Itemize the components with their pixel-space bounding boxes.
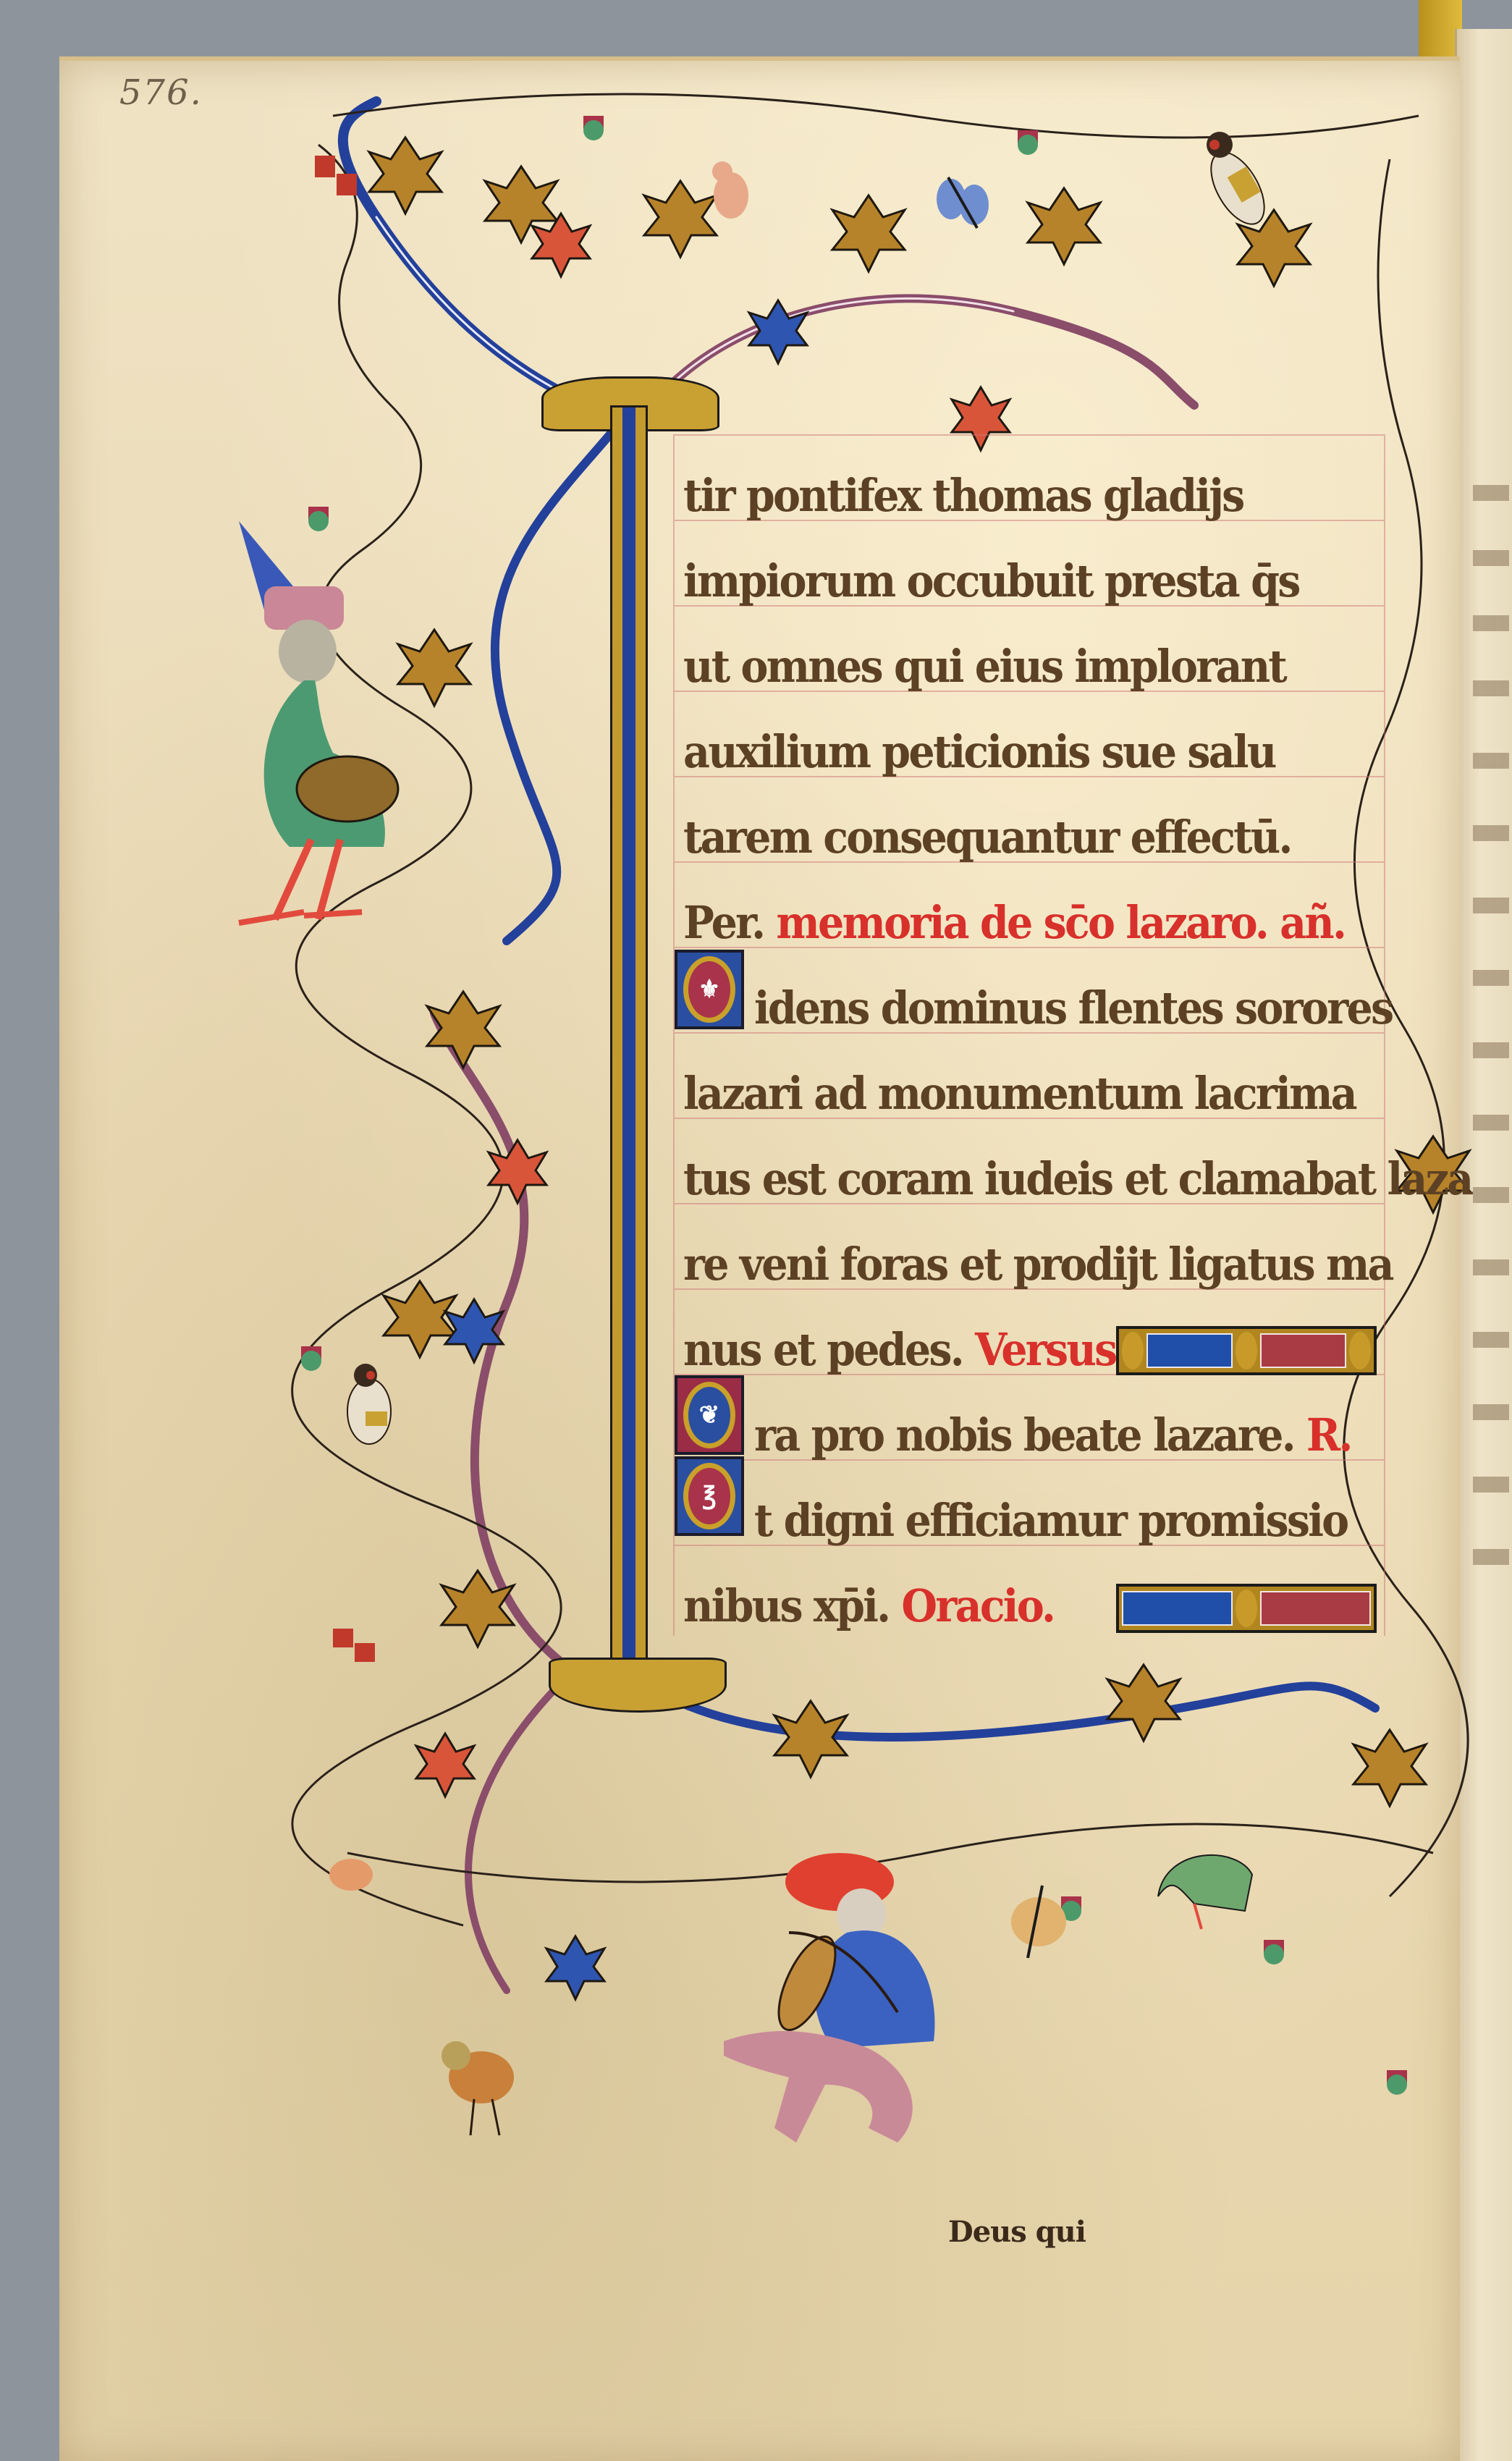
butterfly-top — [934, 170, 992, 235]
fleur-de-lis-icon: ⚜ — [683, 956, 735, 1023]
fiddler-riding-beast-figure — [724, 1839, 970, 2171]
text-line-5: tarem consequantur effectū. — [683, 798, 1328, 877]
per-abbreviation: Per. — [683, 896, 764, 949]
goldfinch-left-margin — [326, 1346, 405, 1469]
text-nibus-xpi: nibus xp̄i. — [683, 1579, 889, 1632]
text-line-10: re veni foras et prodijt ligatus ma — [683, 1225, 1328, 1304]
line-filler-2 — [1116, 1584, 1377, 1633]
text-line-1: tir pontifex thomas gladijs — [683, 456, 1328, 536]
catchword: Deus qui — [948, 2215, 1086, 2249]
illuminated-initial-o: ❦ — [675, 1375, 744, 1455]
rubric-oracio: Oracio. — [901, 1579, 1054, 1632]
text-line-13: t digni efficiamur promissio — [754, 1481, 1333, 1561]
flourish-icon: ℥ — [683, 1463, 735, 1529]
rubric-responsum: R. — [1306, 1409, 1351, 1461]
hybrid-bird-man-figure — [224, 507, 427, 941]
folio-number: 576. — [119, 72, 203, 113]
text-ora-pro-nobis: ra pro nobis beate lazare. — [754, 1409, 1294, 1461]
text-line-4: auxilium peticionis sue salu — [683, 712, 1328, 792]
text-line-8: lazari ad monumentum lacrima — [683, 1054, 1328, 1134]
text-line-3: ut omnes qui eius implorant — [683, 627, 1328, 706]
long-billed-green-bird — [1151, 1846, 1267, 1933]
rubric-memoria-lazaro: memoria de sc̄o lazaro. añ. — [776, 896, 1345, 949]
moth-bottom — [1006, 1882, 1078, 1962]
red-butterfly-top-left — [311, 152, 362, 203]
text-nus-et-pedes: nus et pedes. — [683, 1323, 963, 1376]
text-line-2: impiorum occubuit presta q̄s — [683, 541, 1328, 621]
red-butterfly-left-margin — [329, 1621, 380, 1672]
orange-bird-bottom-left — [318, 1846, 384, 1904]
sprig-icon: ❦ — [683, 1382, 735, 1448]
text-line-12: ra pro nobis beate lazare. R. — [754, 1396, 1333, 1475]
songbird-bottom-left — [434, 2027, 536, 2143]
text-line-6: Per. memoria de sc̄o lazaro. añ. — [683, 883, 1328, 963]
illuminated-initial-v: ⚜ — [675, 950, 744, 1029]
adjacent-folio-edge — [1455, 29, 1512, 2461]
line-filler-1 — [1116, 1326, 1377, 1375]
text-line-9: tus est coram iudeis et clamabat laza — [683, 1139, 1328, 1219]
text-block: tir pontifex thomas gladijs impiorum occ… — [673, 434, 1385, 1636]
large-initial-i-foot — [549, 1658, 727, 1713]
illuminated-initial-v-2: ℥ — [675, 1456, 744, 1536]
large-initial-i — [610, 405, 648, 1684]
goldfinch-top-right — [1194, 123, 1281, 246]
text-line-7: idens dominus flentes sorores — [754, 968, 1333, 1048]
rubric-versus: Versus. — [975, 1323, 1128, 1376]
orange-bird-top — [702, 156, 760, 228]
